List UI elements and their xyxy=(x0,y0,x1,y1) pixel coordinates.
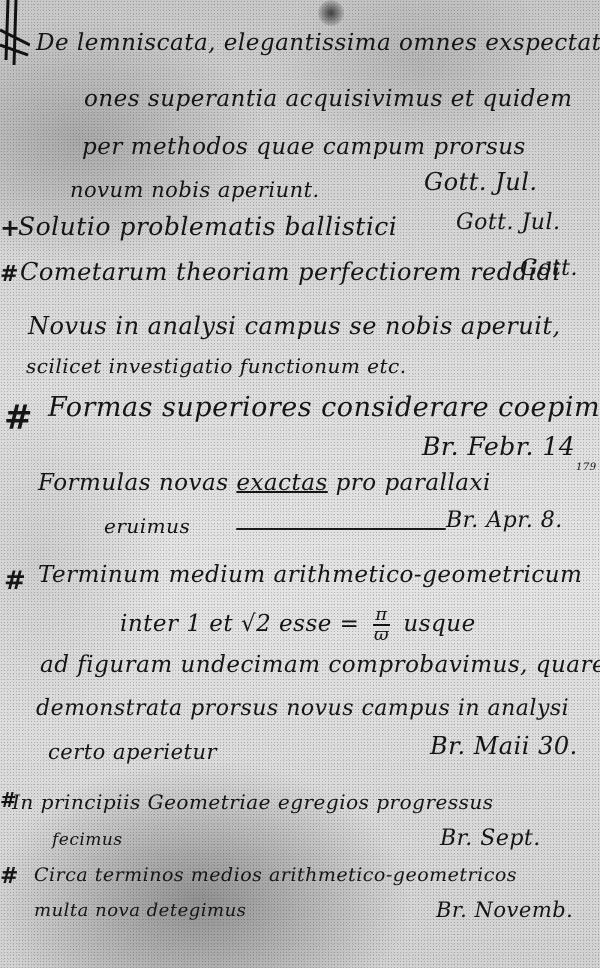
ink-blot xyxy=(318,0,344,26)
manuscript-page: De lemniscata, elegantissima omnes exspe… xyxy=(0,0,600,968)
entry-8-line-2: fecimus xyxy=(52,830,123,850)
entry-9-date: Br. Novemb. xyxy=(436,898,573,922)
entry-1-line-4: novum nobis aperiunt. xyxy=(70,178,320,202)
entry-7-date: Br. Maii 30. xyxy=(430,732,578,760)
entry-9-line-1: Circa terminos medios arithmetico-geomet… xyxy=(34,864,517,886)
entry-7-line-4: demonstrata prorsus novus campus in anal… xyxy=(36,696,569,721)
entry-3-date: Gott. xyxy=(520,256,578,281)
entry-6-line-2: eruimus xyxy=(104,514,190,538)
entry-7-usque: usque xyxy=(403,611,475,637)
entry-3-marker: # xyxy=(0,262,19,287)
entry-5-line-1: Formas superiores considerare coepimus xyxy=(48,392,600,423)
entry-7-line-2-text: inter 1 et √2 esse = xyxy=(120,611,359,637)
entry-9-line-2: multa nova detegimus xyxy=(34,900,246,921)
entry-6-date: Br. Apr. 8. xyxy=(446,508,563,533)
entry-7-line-3: ad figuram undecimam comprobavimus, quar… xyxy=(40,652,600,678)
entry-5-marker: # xyxy=(4,398,33,438)
entry-8-line-1: In principiis Geometriae egregios progre… xyxy=(12,790,494,814)
long-dash-line xyxy=(236,528,446,530)
entry-3-line-1: Cometarum theoriam perfectiorem reddidi xyxy=(20,258,561,286)
entry-5-year-note: 179 xyxy=(576,462,597,473)
entry-4-line-2: scilicet investigatio functionum etc. xyxy=(26,354,407,378)
entry-7-marker: # xyxy=(4,566,26,596)
pi-over-varpi-fraction: π ϖ xyxy=(373,606,389,644)
entry-2-date: Gott. Jul. xyxy=(456,210,561,235)
entry-1-date: Gott. Jul. xyxy=(424,168,538,196)
entry-6-line-1: Formulas novas exactas pro parallaxi xyxy=(38,470,491,496)
entry-6-line-1-text: Formulas novas exactas pro parallaxi xyxy=(38,470,491,496)
corner-scribble-mark xyxy=(0,0,30,70)
fraction-denominator: ϖ xyxy=(373,626,389,644)
entry-5-date: Br. Febr. 14 xyxy=(422,432,575,461)
entry-1-line-1: De lemniscata, elegantissima omnes exspe… xyxy=(36,30,600,56)
entry-8-date: Br. Sept. xyxy=(440,826,541,851)
entry-7-line-5: certo aperietur xyxy=(48,740,217,764)
entry-2-line-1: Solutio problematis ballistici xyxy=(18,212,397,241)
entry-1-line-3: per methodos quae campum prorsus xyxy=(82,134,526,160)
entry-9-marker: # xyxy=(0,864,19,889)
entry-1-line-2: ones superantia acquisivimus et quidem xyxy=(84,86,572,112)
entry-7-line-1: Terminum medium arithmetico-geometricum xyxy=(38,562,582,588)
entry-4-line-1: Novus in analysi campus se nobis aperuit… xyxy=(28,312,561,340)
underlined-word: exactas xyxy=(236,470,327,496)
fraction-numerator: π xyxy=(373,606,389,626)
entry-7-line-2: inter 1 et √2 esse = π ϖ usque xyxy=(120,606,476,644)
